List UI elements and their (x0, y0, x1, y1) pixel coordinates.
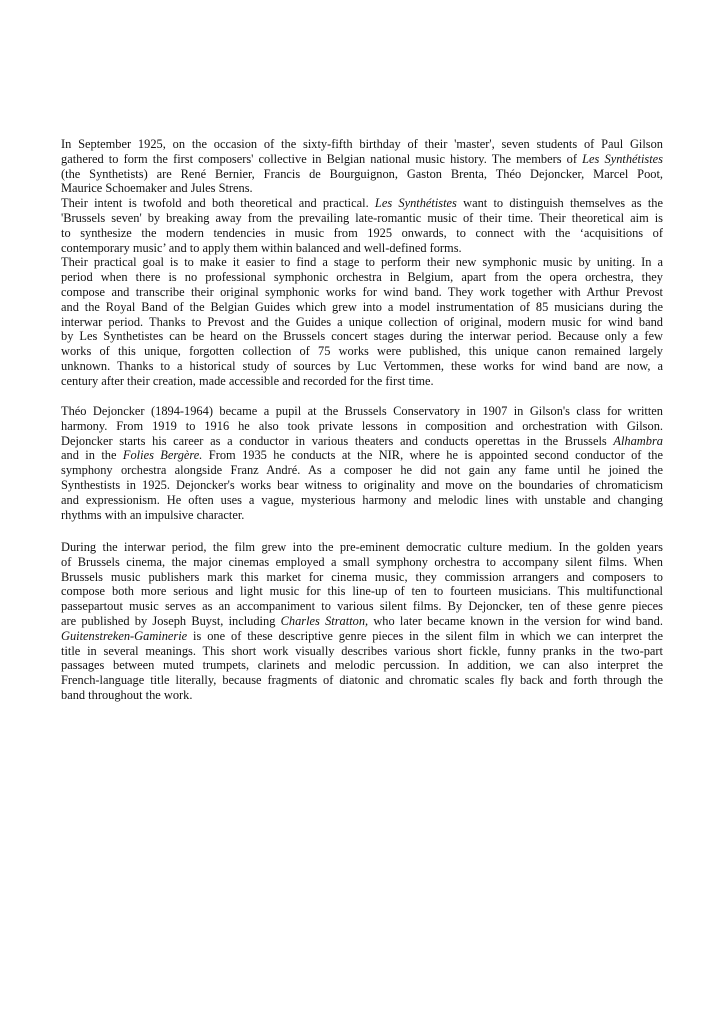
text-line: period when there is no professional sym… (61, 270, 663, 285)
text-line: Their intent is twofold and both theoret… (61, 196, 663, 211)
text-line: gathered to form the first composers' co… (61, 152, 663, 167)
paragraph-film-music: During the interwar period, the film gre… (61, 540, 663, 703)
text-line: band throughout the work. (61, 688, 663, 703)
text-line: Guitenstreken-Gaminerie is one of these … (61, 629, 663, 644)
text-line: Synthestists in 1925. Dejoncker's works … (61, 478, 663, 493)
text-line: interwar period. Thanks to Prevost and t… (61, 315, 663, 330)
text-line: to synthesize the modern tendencies in m… (61, 226, 663, 241)
italic-term: Folies Bergère. (123, 448, 202, 462)
text-line: During the interwar period, the film gre… (61, 540, 663, 555)
text-line: harmony. From 1919 to 1916 he also took … (61, 419, 663, 434)
text-line: Théo Dejoncker (1894-1964) became a pupi… (61, 404, 663, 419)
text-line: title in several meanings. This short wo… (61, 644, 663, 659)
text-line: and in the Folies Bergère. From 1935 he … (61, 448, 663, 463)
text-line: by Les Synthetistes can be heard on the … (61, 329, 663, 344)
text-line: In September 1925, on the occasion of th… (61, 137, 663, 152)
text-line: Maurice Schoemaker and Jules Strens. (61, 181, 663, 196)
text-line: Brussels music publishers mark this mark… (61, 570, 663, 585)
text-line: Their practical goal is to make it easie… (61, 255, 663, 270)
text-line: contemporary music’ and to apply them wi… (61, 241, 663, 256)
text-line: French-language title literally, because… (61, 673, 663, 688)
text-line: works of this unique, forgotten collecti… (61, 344, 663, 359)
text-line: passages between muted trumpets, clarine… (61, 658, 663, 673)
text-line: (the Synthetists) are René Bernier, Fran… (61, 167, 663, 182)
text-line: are published by Joseph Buyst, including… (61, 614, 663, 629)
italic-term: Les Synthétistes (582, 152, 663, 166)
paragraph-dejoncker-bio: Théo Dejoncker (1894-1964) became a pupi… (61, 404, 663, 522)
italic-term: Charles Stratton, (281, 614, 369, 628)
text-line: compose and transcribe their original sy… (61, 285, 663, 300)
document-page: In September 1925, on the occasion of th… (0, 0, 724, 1024)
text-line: 'Brussels seven' by breaking away from t… (61, 211, 663, 226)
italic-term: Guitenstreken-Gaminerie (61, 629, 187, 643)
italic-term: Alhambra (613, 434, 663, 448)
text-line: compose both more serious and light musi… (61, 584, 663, 599)
text-line: symphony orchestra alongside Franz André… (61, 463, 663, 478)
text-line: Dejoncker starts his career as a conduct… (61, 434, 663, 449)
text-line: century after their creation, made acces… (61, 374, 663, 389)
text-line: and expressionism. He often uses a vague… (61, 493, 663, 508)
paragraph-synthetistes-intro: In September 1925, on the occasion of th… (61, 137, 663, 389)
text-line: rhythms with an impulsive character. (61, 508, 663, 523)
text-line: of Brussels cinema, the major cinemas em… (61, 555, 663, 570)
text-line: and the Royal Band of the Belgian Guides… (61, 300, 663, 315)
text-line: passepartout music serves as an accompan… (61, 599, 663, 614)
italic-term: Les Synthétistes (375, 196, 457, 210)
text-line: unknown. Thanks to a historical study of… (61, 359, 663, 374)
